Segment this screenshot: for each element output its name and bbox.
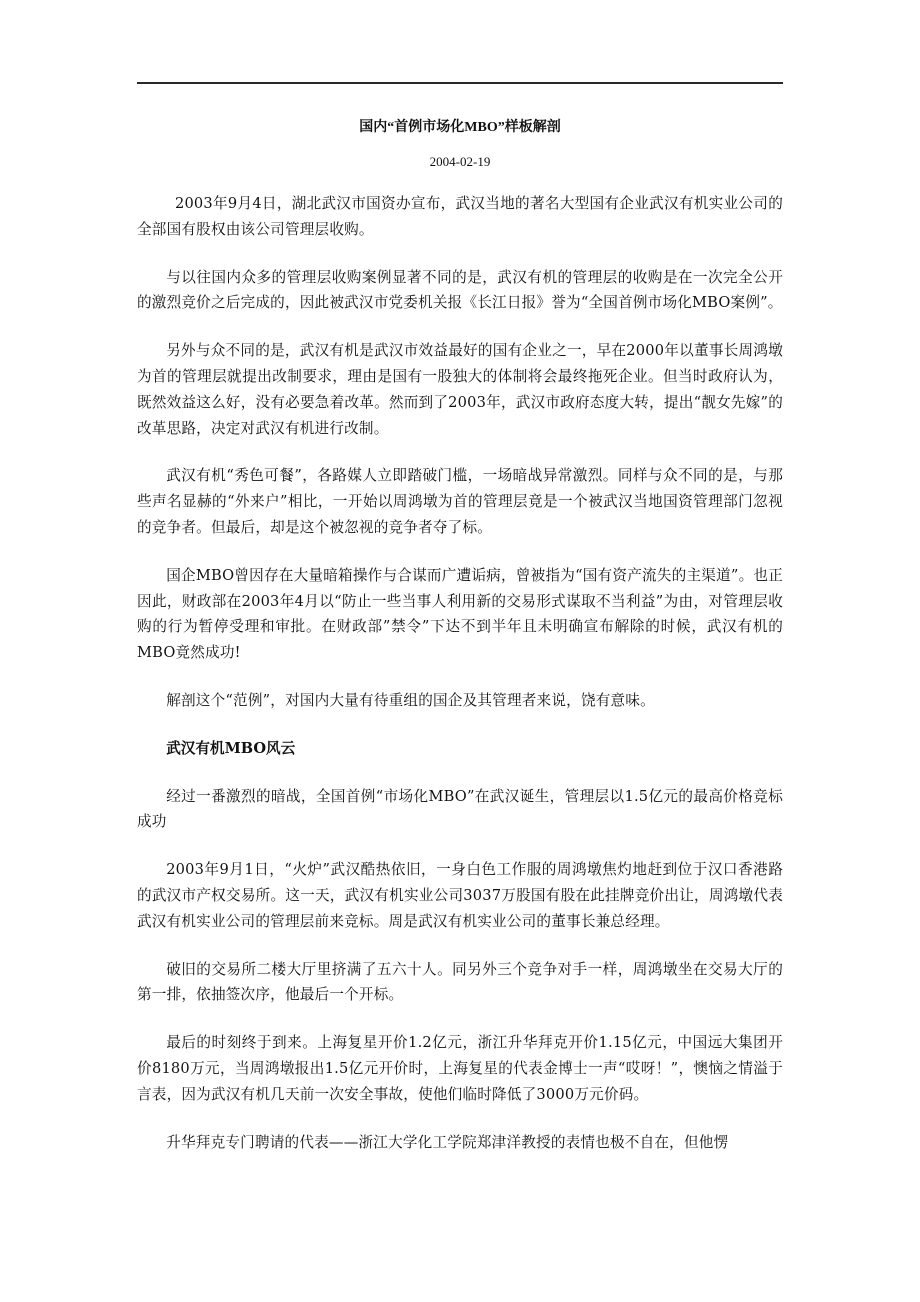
paragraph: 解剖这个“范例”，对国内大量有待重组的国企及其管理者来说，饶有意味。	[137, 688, 783, 714]
paragraph: 最后的时刻终于到来。上海复星开价1.2亿元，浙江升华拜克开价1.15亿元，中国远…	[137, 1030, 783, 1107]
section-heading: 武汉有机MBO风云	[137, 736, 783, 762]
paragraph: 2003年9月1日，“火炉”武汉酷热依旧，一身白色工作服的周鸿墩焦灼地赶到位于汉…	[137, 857, 783, 934]
paragraph: 与以往国内众多的管理层收购案例显著不同的是，武汉有机的管理层的收购是在一次完全公…	[137, 265, 783, 317]
article-date: 2004-02-19	[137, 152, 783, 172]
paragraph: 武汉有机“秀色可餐”，各路媒人立即踏破门槛，一场暗战异常激烈。同样与众不同的是，…	[137, 463, 783, 540]
paragraph: 2003年9月4日，湖北武汉市国资办宣布，武汉当地的著名大型国有企业武汉有机实业…	[137, 191, 783, 243]
paragraph: 另外与众不同的是，武汉有机是武汉市效益最好的国有企业之一，早在2000年以董事长…	[137, 338, 783, 441]
paragraph: 破旧的交易所二楼大厅里挤满了五六十人。同另外三个竞争对手一样，周鸿墩坐在交易大厅…	[137, 957, 783, 1009]
paragraph: 经过一番激烈的暗战，全国首例“市场化MBO”在武汉诞生，管理层以1.5亿元的最高…	[137, 784, 783, 836]
paragraph: 升华拜克专门聘请的代表——浙江大学化工学院郑津洋教授的表情也极不自在，但他愣	[137, 1130, 783, 1156]
horizontal-rule	[137, 82, 783, 84]
article-title: 国内“首例市场化MBO”样板解剖	[137, 118, 783, 138]
document-page: 国内“首例市场化MBO”样板解剖 2004-02-19 2003年9月4日，湖北…	[137, 118, 783, 1177]
paragraph: 国企MBO曾因存在大量暗箱操作与合谋而广遭诟病，曾被指为“国有资产流失的主渠道”…	[137, 563, 783, 666]
